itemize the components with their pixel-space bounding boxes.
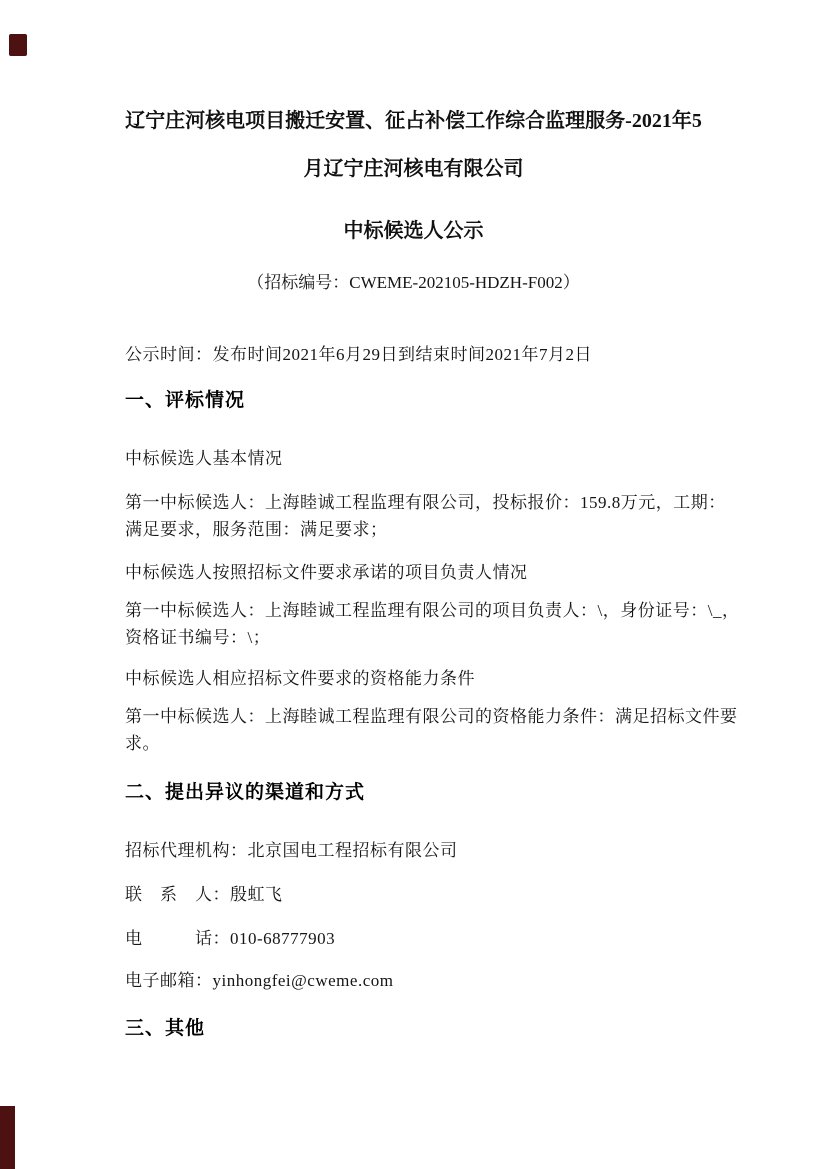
section-1-heading: 一、评标情况 bbox=[125, 390, 245, 412]
scan-artifact-top-left bbox=[9, 34, 27, 56]
section-2-heading: 二、提出异议的渠道和方式 bbox=[125, 782, 365, 804]
qualification-paragraph-line-1: 第一中标候选人：上海睦诚工程监理有限公司的资格能力条件：满足招标文件要 bbox=[125, 706, 738, 728]
candidate-paragraph-line-2: 满足要求，服务范围：满足要求； bbox=[125, 519, 388, 541]
doc-title-line-2: 月辽宁庄河核电有限公司 bbox=[0, 158, 827, 180]
document-page: 辽宁庄河核电项目搬迁安置、征占补偿工作综合监理服务-2021年5 月辽宁庄河核电… bbox=[0, 0, 827, 1169]
scan-artifact-bottom-left bbox=[0, 1106, 15, 1169]
manager-label: 中标候选人按照招标文件要求承诺的项目负责人情况 bbox=[125, 562, 528, 584]
doc-subtitle: 中标候选人公示 bbox=[0, 220, 827, 242]
section-3-heading: 三、其他 bbox=[125, 1018, 205, 1040]
contact-line: 联 系 人：殷虹飞 bbox=[125, 884, 283, 906]
publicity-time: 公示时间：发布时间2021年6月29日到结束时间2021年7月2日 bbox=[125, 344, 592, 366]
email-line: 电子邮箱：yinhongfei@cweme.com bbox=[125, 970, 393, 992]
phone-line: 电 话：010-68777903 bbox=[125, 928, 335, 950]
doc-title-line-1: 辽宁庄河核电项目搬迁安置、征占补偿工作综合监理服务-2021年5 bbox=[0, 110, 827, 132]
basic-info-label: 中标候选人基本情况 bbox=[125, 448, 283, 470]
manager-paragraph-line-1: 第一中标候选人：上海睦诚工程监理有限公司的项目负责人：\，身份证号：\_， bbox=[125, 600, 739, 622]
agency-line: 招标代理机构：北京国电工程招标有限公司 bbox=[125, 840, 458, 862]
candidate-paragraph-line-1: 第一中标候选人：上海睦诚工程监理有限公司，投标报价：159.8万元，工期： bbox=[125, 492, 726, 514]
qualification-paragraph-line-2: 求。 bbox=[125, 733, 160, 755]
bid-number: （招标编号：CWEME-202105-HDZH-F002） bbox=[0, 272, 827, 294]
qualification-label: 中标候选人相应招标文件要求的资格能力条件 bbox=[125, 668, 475, 690]
manager-paragraph-line-2: 资格证书编号：\； bbox=[125, 627, 270, 649]
